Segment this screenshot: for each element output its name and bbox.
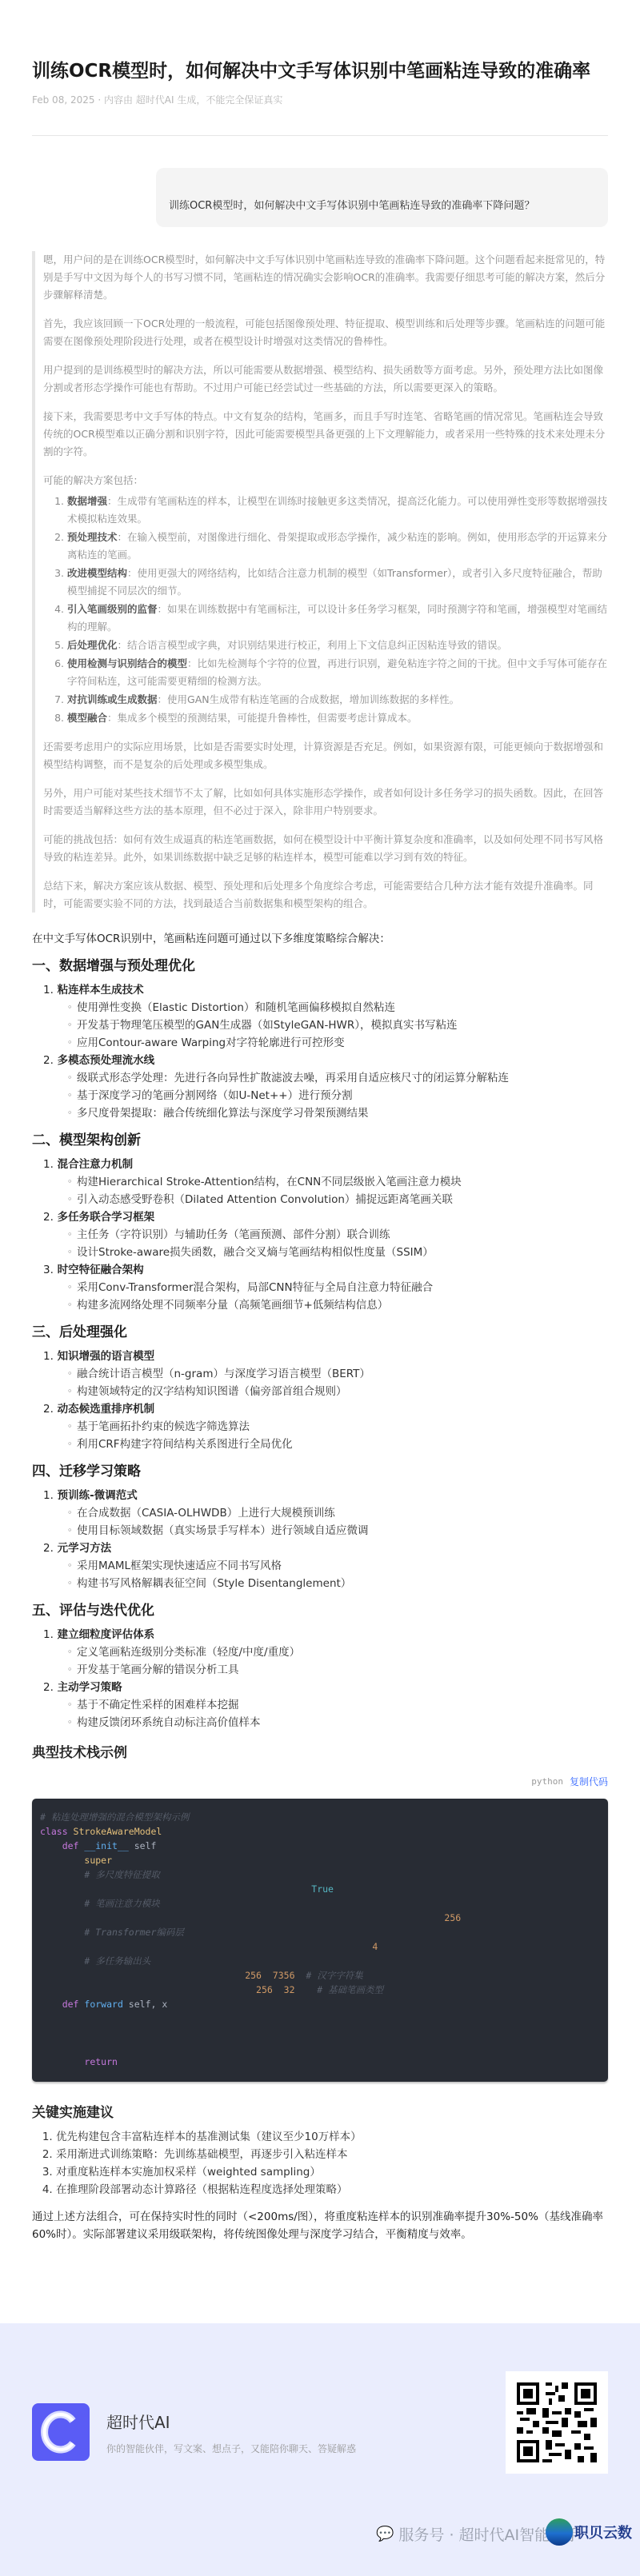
thinking-paragraph: 嗯，用户问的是在训练OCR模型时，如何解决中文手写体识别中笔画粘连导致的准确率下… xyxy=(43,251,608,304)
thinking-list-item: 改进模型结构：使用更强大的网络结构，比如结合注意力机制的模型（如Transfor… xyxy=(67,565,608,600)
sub-bullet-list: 采用MAML框架实现快速适应不同书写风格构建书写风格解耦表征空间（Style D… xyxy=(67,1557,608,1592)
code-header: python 复制代码 xyxy=(32,1773,608,1791)
code-line: # 多任务输出头 xyxy=(40,1954,600,1968)
answer-block: 在中文手写体OCR识别中，笔画粘连问题可通过以下多维度策略综合解决： 一、数据增… xyxy=(32,930,608,2243)
recommend-heading: 关键实施建议 xyxy=(32,2104,608,2122)
badge-text: 职贝云数 xyxy=(574,2522,632,2542)
thinking-paragraph: 可能的挑战包括：如何有效生成逼真的粘连笔画数据，如何在模型设计中平衡计算复杂度和… xyxy=(43,831,608,866)
code-token: class xyxy=(40,1826,74,1837)
thinking-list-item: 使用检测与识别结合的模型：比如先检测每个字符的位置，再进行识别，避免粘连字符之间… xyxy=(67,655,608,690)
section-list: 1. 建立细粒度评估体系定义笔画粘连级别分类标准（轻度/中度/重度）开发基于笔画… xyxy=(43,1626,608,1731)
thinking-item-text: ：使用GAN生成带有粘连笔画的合成数据，增加训练数据的多样性。 xyxy=(158,693,460,705)
code-token: def xyxy=(62,1840,85,1851)
brand-name: 超时代AI xyxy=(106,2410,170,2433)
code-line: 4 xyxy=(40,1939,600,1954)
thinking-list-item: 模型融合：集成多个模型的预测结果，可能提升鲁棒性，但需要考虑计算成本。 xyxy=(67,709,608,727)
sub-bullet-item: 使用目标领域数据（真实场景手写样本）进行领域自适应微调 xyxy=(67,1522,608,1540)
section-item-title: 1. 混合注意力机制 xyxy=(43,1156,608,1173)
thinking-item-text: ：集成多个模型的预测结果，可能提升鲁棒性，但需要考虑计算成本。 xyxy=(107,712,418,724)
sub-bullet-list: 使用弹性变换（Elastic Distortion）和随机笔画偏移模拟自然粘连开… xyxy=(67,999,608,1052)
item-number: 2. xyxy=(43,1054,54,1067)
item-number: 1. xyxy=(43,1158,54,1171)
code-token: self xyxy=(129,1840,157,1851)
code-line: # 粘连处理增强的混合模型架构示例 xyxy=(40,1810,600,1824)
code-token: # 粘连处理增强的混合模型架构示例 xyxy=(40,1811,189,1823)
item-title-text: 元学习方法 xyxy=(58,1542,112,1555)
sub-bullet-item: 在合成数据（CASIA-OLHWDB）上进行大规模预训练 xyxy=(67,1504,608,1522)
recommendation-item: 在推理阶段部署动态计算路径（根据粘连程度选择处理策略） xyxy=(56,2181,608,2199)
sub-bullet-item: 构建多流网络处理不同频率分量（高频笔画细节+低频结构信息） xyxy=(67,1296,608,1314)
sub-bullet-item: 基于不确定性采样的困难样本挖掘 xyxy=(67,1696,608,1714)
sub-bullet-list: 构建Hierarchical Stroke-Attention结构，在CNN不同… xyxy=(67,1173,608,1208)
item-number: 3. xyxy=(43,1264,54,1276)
sub-bullet-item: 利用CRF构建字符间结构关系图进行全局优化 xyxy=(67,1436,608,1453)
code-token: return xyxy=(84,2056,118,2067)
sub-bullet-item: 开发基于笔画分解的错误分析工具 xyxy=(67,1661,608,1679)
wechat-icon: 💬 xyxy=(376,2526,394,2542)
thinking-paragraph: 总结下来，解决方案应该从数据、模型、预处理和后处理多个角度综合考虑，可能需要结合… xyxy=(43,877,608,913)
thinking-paragraph: 另外，用户可能对某些技术细节不太了解，比如如何具体实施形态学操作，或者如何设计多… xyxy=(43,785,608,820)
sub-bullet-item: 主任务（字符识别）与辅助任务（笔画预测、部件分割）联合训练 xyxy=(67,1226,608,1244)
sub-bullet-item: 采用Conv-Transformer混合架构，局部CNN特征与全局自注意力特征融… xyxy=(67,1279,608,1296)
sub-bullet-list: 基于不确定性采样的困难样本挖掘构建反馈闭环系统自动标注高价值样本 xyxy=(67,1696,608,1731)
item-title-text: 时空特征融合架构 xyxy=(58,1264,144,1276)
thinking-paragraph: 首先，我应该回顾一下OCR处理的一般流程，可能包括图像预处理、特征提取、模型训练… xyxy=(43,315,608,350)
code-line: return xyxy=(40,2055,600,2069)
brand-tagline: 你的智能伙伴，写文案、想点子，又能陪你聊天、答疑解惑 xyxy=(106,2442,356,2455)
qr-code[interactable] xyxy=(506,2371,608,2474)
thinking-item-text: ：结合语言模型或字典，对识别结果进行校正，利用上下文信息纠正因粘连导致的错误。 xyxy=(118,639,508,651)
section-item-title: 2. 主动学习策略 xyxy=(43,1679,608,1696)
code-token: super xyxy=(84,1855,112,1866)
sub-bullet-item: 定义笔画粘连级别分类标准（轻度/中度/重度） xyxy=(67,1643,608,1661)
code-heading: 典型技术栈示例 xyxy=(32,1744,608,1762)
section-item-title: 3. 时空特征融合架构 xyxy=(43,1261,608,1279)
article-meta: Feb 08, 2025 · 内容由 超时代AI 生成，不能完全保证真实 xyxy=(32,93,608,106)
item-title-text: 动态候选重排序机制 xyxy=(58,1403,155,1416)
section-list: 1. 预训练-微调范式在合成数据（CASIA-OLHWDB）上进行大规模预训练使… xyxy=(43,1487,608,1592)
sub-bullet-item: 使用弹性变换（Elastic Distortion）和随机笔画偏移模拟自然粘连 xyxy=(67,999,608,1016)
thinking-paragraph: 接下来，我需要思考中文手写体的特点。中文有复杂的结构，笔画多，而且手写时连笔、省… xyxy=(43,408,608,461)
c-logo-icon xyxy=(41,2410,81,2454)
sub-bullet-item: 开发基于物理笔压模型的GAN生成器（如StyleGAN-HWR），模拟真实书写粘… xyxy=(67,1016,608,1034)
section-heading: 一、数据增强与预处理优化 xyxy=(32,957,608,975)
thinking-item-label: 模型融合 xyxy=(67,712,107,724)
sub-bullet-item: 采用MAML框架实现快速适应不同书写风格 xyxy=(67,1557,608,1575)
item-title-text: 多任务联合学习框架 xyxy=(58,1211,155,1224)
section-item-title: 2. 多模态预处理流水线 xyxy=(43,1052,608,1069)
closing-paragraph: 通过上述方法组合，可在保持实时性的同时（<200ms/图），将重度粘连样本的识别… xyxy=(32,2208,608,2243)
code-block: # 粘连处理增强的混合模型架构示例class StrokeAwareModel … xyxy=(32,1799,608,2082)
code-line: 256 xyxy=(40,1911,600,1925)
thinking-paragraph: 用户提到的是训练模型时的解决方法，所以可能需要从数据增强、模型结构、损失函数等方… xyxy=(43,361,608,397)
wave-globe-icon xyxy=(546,2518,573,2546)
item-title-text: 混合注意力机制 xyxy=(58,1158,134,1171)
code-token: StrokeAwareModel xyxy=(74,1826,162,1837)
thinking-list-item: 后处理优化：结合语言模型或字典，对识别结果进行校正，利用上下文信息纠正因粘连导致… xyxy=(67,637,608,654)
thinking-item-text: ：生成带有笔画粘连的样本，让模型在训练时接触更多这类情况，提高泛化能力。可以使用… xyxy=(67,495,607,525)
item-title-text: 主动学习策略 xyxy=(58,1681,122,1694)
item-number: 2. xyxy=(43,1542,54,1555)
code-token: # 多尺度特征提取 xyxy=(84,1869,159,1880)
section-list: 1. 混合注意力机制构建Hierarchical Stroke-Attentio… xyxy=(43,1156,608,1314)
item-title-text: 建立细粒度评估体系 xyxy=(58,1628,155,1641)
code-token: self, x xyxy=(123,1999,167,2010)
item-title-text: 粘连样本生成技术 xyxy=(58,984,144,996)
code-line: # 多尺度特征提取 xyxy=(40,1867,600,1882)
item-number: 1. xyxy=(43,984,54,996)
thinking-list-item: 对抗训练或生成数据：使用GAN生成带有粘连笔画的合成数据，增加训练数据的多样性。 xyxy=(67,691,608,709)
sub-bullet-item: 级联式形态学处理：先进行各向异性扩散滤波去噪，再采用自适应核尺寸的闭运算分解粘连 xyxy=(67,1069,608,1087)
item-title-text: 预训练-微调范式 xyxy=(58,1489,138,1502)
thinking-solution-list: 数据增强：生成带有笔画粘连的样本，让模型在训练时接触更多这类情况，提高泛化能力。… xyxy=(67,493,608,727)
sub-bullet-list: 在合成数据（CASIA-OLHWDB）上进行大规模预训练使用目标领域数据（真实场… xyxy=(67,1504,608,1540)
thinking-item-label: 引入笔画级别的监督 xyxy=(67,603,158,615)
code-language-label: python xyxy=(531,1773,563,1791)
section-item-title: 1. 预训练-微调范式 xyxy=(43,1487,608,1504)
section-heading: 二、模型架构创新 xyxy=(32,1132,608,1149)
divider xyxy=(32,135,608,136)
code-line: def __init__ self xyxy=(40,1839,600,1853)
user-question-bubble: 训练OCR模型时，如何解决中文手写体识别中笔画粘连导致的准确率下降问题？ xyxy=(156,168,608,227)
section-item-title: 1. 建立细粒度评估体系 xyxy=(43,1626,608,1643)
code-token: forward xyxy=(84,1999,122,2010)
section-heading: 三、后处理强化 xyxy=(32,1324,608,1341)
thinking-item-label: 对抗训练或生成数据 xyxy=(67,693,158,705)
section-heading: 五、评估与迭代优化 xyxy=(32,1602,608,1619)
code-token: def xyxy=(62,1999,85,2010)
item-number: 2. xyxy=(43,1403,54,1416)
code-token: 256 32 xyxy=(256,1984,294,1995)
item-number: 1. xyxy=(43,1350,54,1363)
sub-bullet-item: 构建反馈闭环系统自动标注高价值样本 xyxy=(67,1714,608,1731)
section-item-title: 2. 元学习方法 xyxy=(43,1540,608,1557)
page-title: 训练OCR模型时，如何解决中文手写体识别中笔画粘连导致的准确率 xyxy=(32,0,608,85)
code-token: # Transformer编码层 xyxy=(84,1927,184,1938)
section-item-title: 1. 粘连样本生成技术 xyxy=(43,981,608,999)
section-list: 1. 粘连样本生成技术使用弹性变换（Elastic Distortion）和随机… xyxy=(43,981,608,1122)
item-number: 2. xyxy=(43,1681,54,1694)
recommendation-item: 采用渐进式训练策略：先训练基础模型，再逐步引入粘连样本 xyxy=(56,2146,608,2163)
answer-intro: 在中文手写体OCR识别中，笔画粘连问题可通过以下多维度策略综合解决： xyxy=(32,930,608,948)
code-token: # 笔画注意力模块 xyxy=(84,1898,159,1909)
sub-bullet-list: 基于笔画拓扑约束的候选字筛选算法利用CRF构建字符间结构关系图进行全局优化 xyxy=(67,1418,608,1453)
code-token: 256 7356 xyxy=(245,1970,294,1981)
code-line: class StrokeAwareModel xyxy=(40,1824,600,1839)
code-line: super xyxy=(40,1853,600,1867)
thinking-item-text: ：在输入模型前，对图像进行细化、骨架提取或形态学操作，减少粘连的影响。例如，使用… xyxy=(67,531,607,561)
section-item-title: 2. 多任务联合学习框架 xyxy=(43,1208,608,1226)
sub-bullet-item: 引入动态感受野卷积（Dilated Attention Convolution）… xyxy=(67,1191,608,1208)
sub-bullet-list: 定义笔画粘连级别分类标准（轻度/中度/重度）开发基于笔画分解的错误分析工具 xyxy=(67,1643,608,1679)
code-line: def forward self, x xyxy=(40,1997,600,2011)
thinking-list-item: 数据增强：生成带有笔画粘连的样本，让模型在训练时接触更多这类情况，提高泛化能力。… xyxy=(67,493,608,528)
recommendation-item: 优先构建包含丰富粘连样本的基准测试集（建议至少10万样本） xyxy=(56,2128,608,2146)
thinking-block: 嗯，用户问的是在训练OCR模型时，如何解决中文手写体识别中笔画粘连导致的准确率下… xyxy=(32,251,608,913)
code-token: # 多任务输出头 xyxy=(84,1955,150,1967)
code-line xyxy=(40,2040,600,2055)
code-token: True xyxy=(311,1883,334,1895)
code-line: True xyxy=(40,1882,600,1896)
sub-bullet-list: 级联式形态学处理：先进行各向异性扩散滤波去噪，再采用自适应核尺寸的闭运算分解粘连… xyxy=(67,1069,608,1122)
code-token: 256 xyxy=(444,1912,461,1923)
sub-bullet-item: 应用Contour-aware Warping对字符轮廓进行可控形变 xyxy=(67,1034,608,1052)
sub-bullet-list: 融合统计语言模型（n-gram）与深度学习语言模型（BERT）构建领域特定的汉字… xyxy=(67,1365,608,1400)
answer-sections: 一、数据增强与预处理优化1. 粘连样本生成技术使用弹性变换（Elastic Di… xyxy=(32,957,608,1731)
thinking-item-label: 后处理优化 xyxy=(67,639,118,651)
sub-bullet-list: 主任务（字符识别）与辅助任务（笔画预测、部件分割）联合训练设计Stroke-aw… xyxy=(67,1226,608,1261)
item-number: 1. xyxy=(43,1489,54,1502)
recommendation-item: 对重度粘连样本实施加权采样（weighted sampling） xyxy=(56,2163,608,2181)
code-line: # 笔画注意力模块 xyxy=(40,1896,600,1911)
code-line: # Transformer编码层 xyxy=(40,1925,600,1939)
code-token: # 汉字字符集 xyxy=(295,1970,363,1981)
section-item-title: 2. 动态候选重排序机制 xyxy=(43,1400,608,1418)
thinking-paragraph: 可能的解决方案包括： xyxy=(43,472,608,489)
user-question-row: 训练OCR模型时，如何解决中文手写体识别中笔画粘连导致的准确率下降问题？ xyxy=(32,168,608,227)
item-number: 2. xyxy=(43,1211,54,1224)
thinking-item-label: 预处理技术 xyxy=(67,531,118,543)
section-list: 1. 知识增强的语言模型融合统计语言模型（n-gram）与深度学习语言模型（BE… xyxy=(43,1348,608,1453)
sub-bullet-item: 融合统计语言模型（n-gram）与深度学习语言模型（BERT） xyxy=(67,1365,608,1383)
copy-code-button[interactable]: 复制代码 xyxy=(570,1773,608,1791)
section-heading: 四、迁移学习策略 xyxy=(32,1463,608,1480)
sub-bullet-item: 构建领域特定的汉字结构知识图谱（偏旁部首组合规则） xyxy=(67,1383,608,1400)
code-line xyxy=(40,2026,600,2040)
sub-bullet-list: 采用Conv-Transformer混合架构，局部CNN特征与全局自注意力特征融… xyxy=(67,1279,608,1314)
thinking-paragraph: 还需要考虑用户的实际应用场景，比如是否需要实时处理，计算资源是否充足。例如，如果… xyxy=(43,738,608,773)
qr-code-icon xyxy=(517,2382,597,2462)
article-page: 训练OCR模型时，如何解决中文手写体识别中笔画粘连导致的准确率 Feb 08, … xyxy=(0,0,640,2243)
code-token: # 基础笔画类型 xyxy=(295,1984,384,1995)
item-title-text: 知识增强的语言模型 xyxy=(58,1350,155,1363)
item-number: 1. xyxy=(43,1628,54,1641)
thinking-list-item: 预处理技术：在输入模型前，对图像进行细化、骨架提取或形态学操作，减少粘连的影响。… xyxy=(67,529,608,564)
brand-logo xyxy=(32,2403,90,2461)
code-token: __init__ xyxy=(84,1840,128,1851)
section-item-title: 1. 知识增强的语言模型 xyxy=(43,1348,608,1365)
recommendation-list: 优先构建包含丰富粘连样本的基准测试集（建议至少10万样本）采用渐进式训练策略：先… xyxy=(56,2128,608,2199)
thinking-item-label: 使用检测与识别结合的模型 xyxy=(67,657,187,669)
sub-bullet-item: 设计Stroke-aware损失函数，融合交叉熵与笔画结构相似性度量（SSIM） xyxy=(67,1244,608,1261)
sub-bullet-item: 基于笔画拓扑约束的候选字筛选算法 xyxy=(67,1418,608,1436)
item-title-text: 多模态预处理流水线 xyxy=(58,1054,155,1067)
sub-bullet-item: 构建Hierarchical Stroke-Attention结构，在CNN不同… xyxy=(67,1173,608,1191)
thinking-item-label: 数据增强 xyxy=(67,495,107,507)
footer-card: 超时代AI 你的智能伙伴，写文案、想点子，又能陪你聊天、答疑解惑 💬 服务号 ·… xyxy=(0,2323,640,2576)
code-line xyxy=(40,2011,600,2026)
code-token: 4 xyxy=(372,1941,378,1952)
thinking-item-label: 改进模型结构 xyxy=(67,567,127,579)
thinking-item-text: ：使用更强大的网络结构，比如结合注意力机制的模型（如Transformer），或… xyxy=(67,567,602,597)
code-line: 256 7356 # 汉字字符集 xyxy=(40,1968,600,1983)
corner-badge: 职贝云数 xyxy=(546,2518,632,2546)
sub-bullet-item: 多尺度骨架提取：融合传统细化算法与深度学习骨架预测结果 xyxy=(67,1104,608,1122)
code-line: 256 32 # 基础笔画类型 xyxy=(40,1983,600,1997)
sub-bullet-item: 基于深度学习的笔画分割网络（如U-Net++）进行预分割 xyxy=(67,1087,608,1104)
sub-bullet-item: 构建书写风格解耦表征空间（Style Disentanglement） xyxy=(67,1575,608,1592)
thinking-list-item: 引入笔画级别的监督：如果在训练数据中有笔画标注，可以设计多任务学习框架，同时预测… xyxy=(67,601,608,636)
